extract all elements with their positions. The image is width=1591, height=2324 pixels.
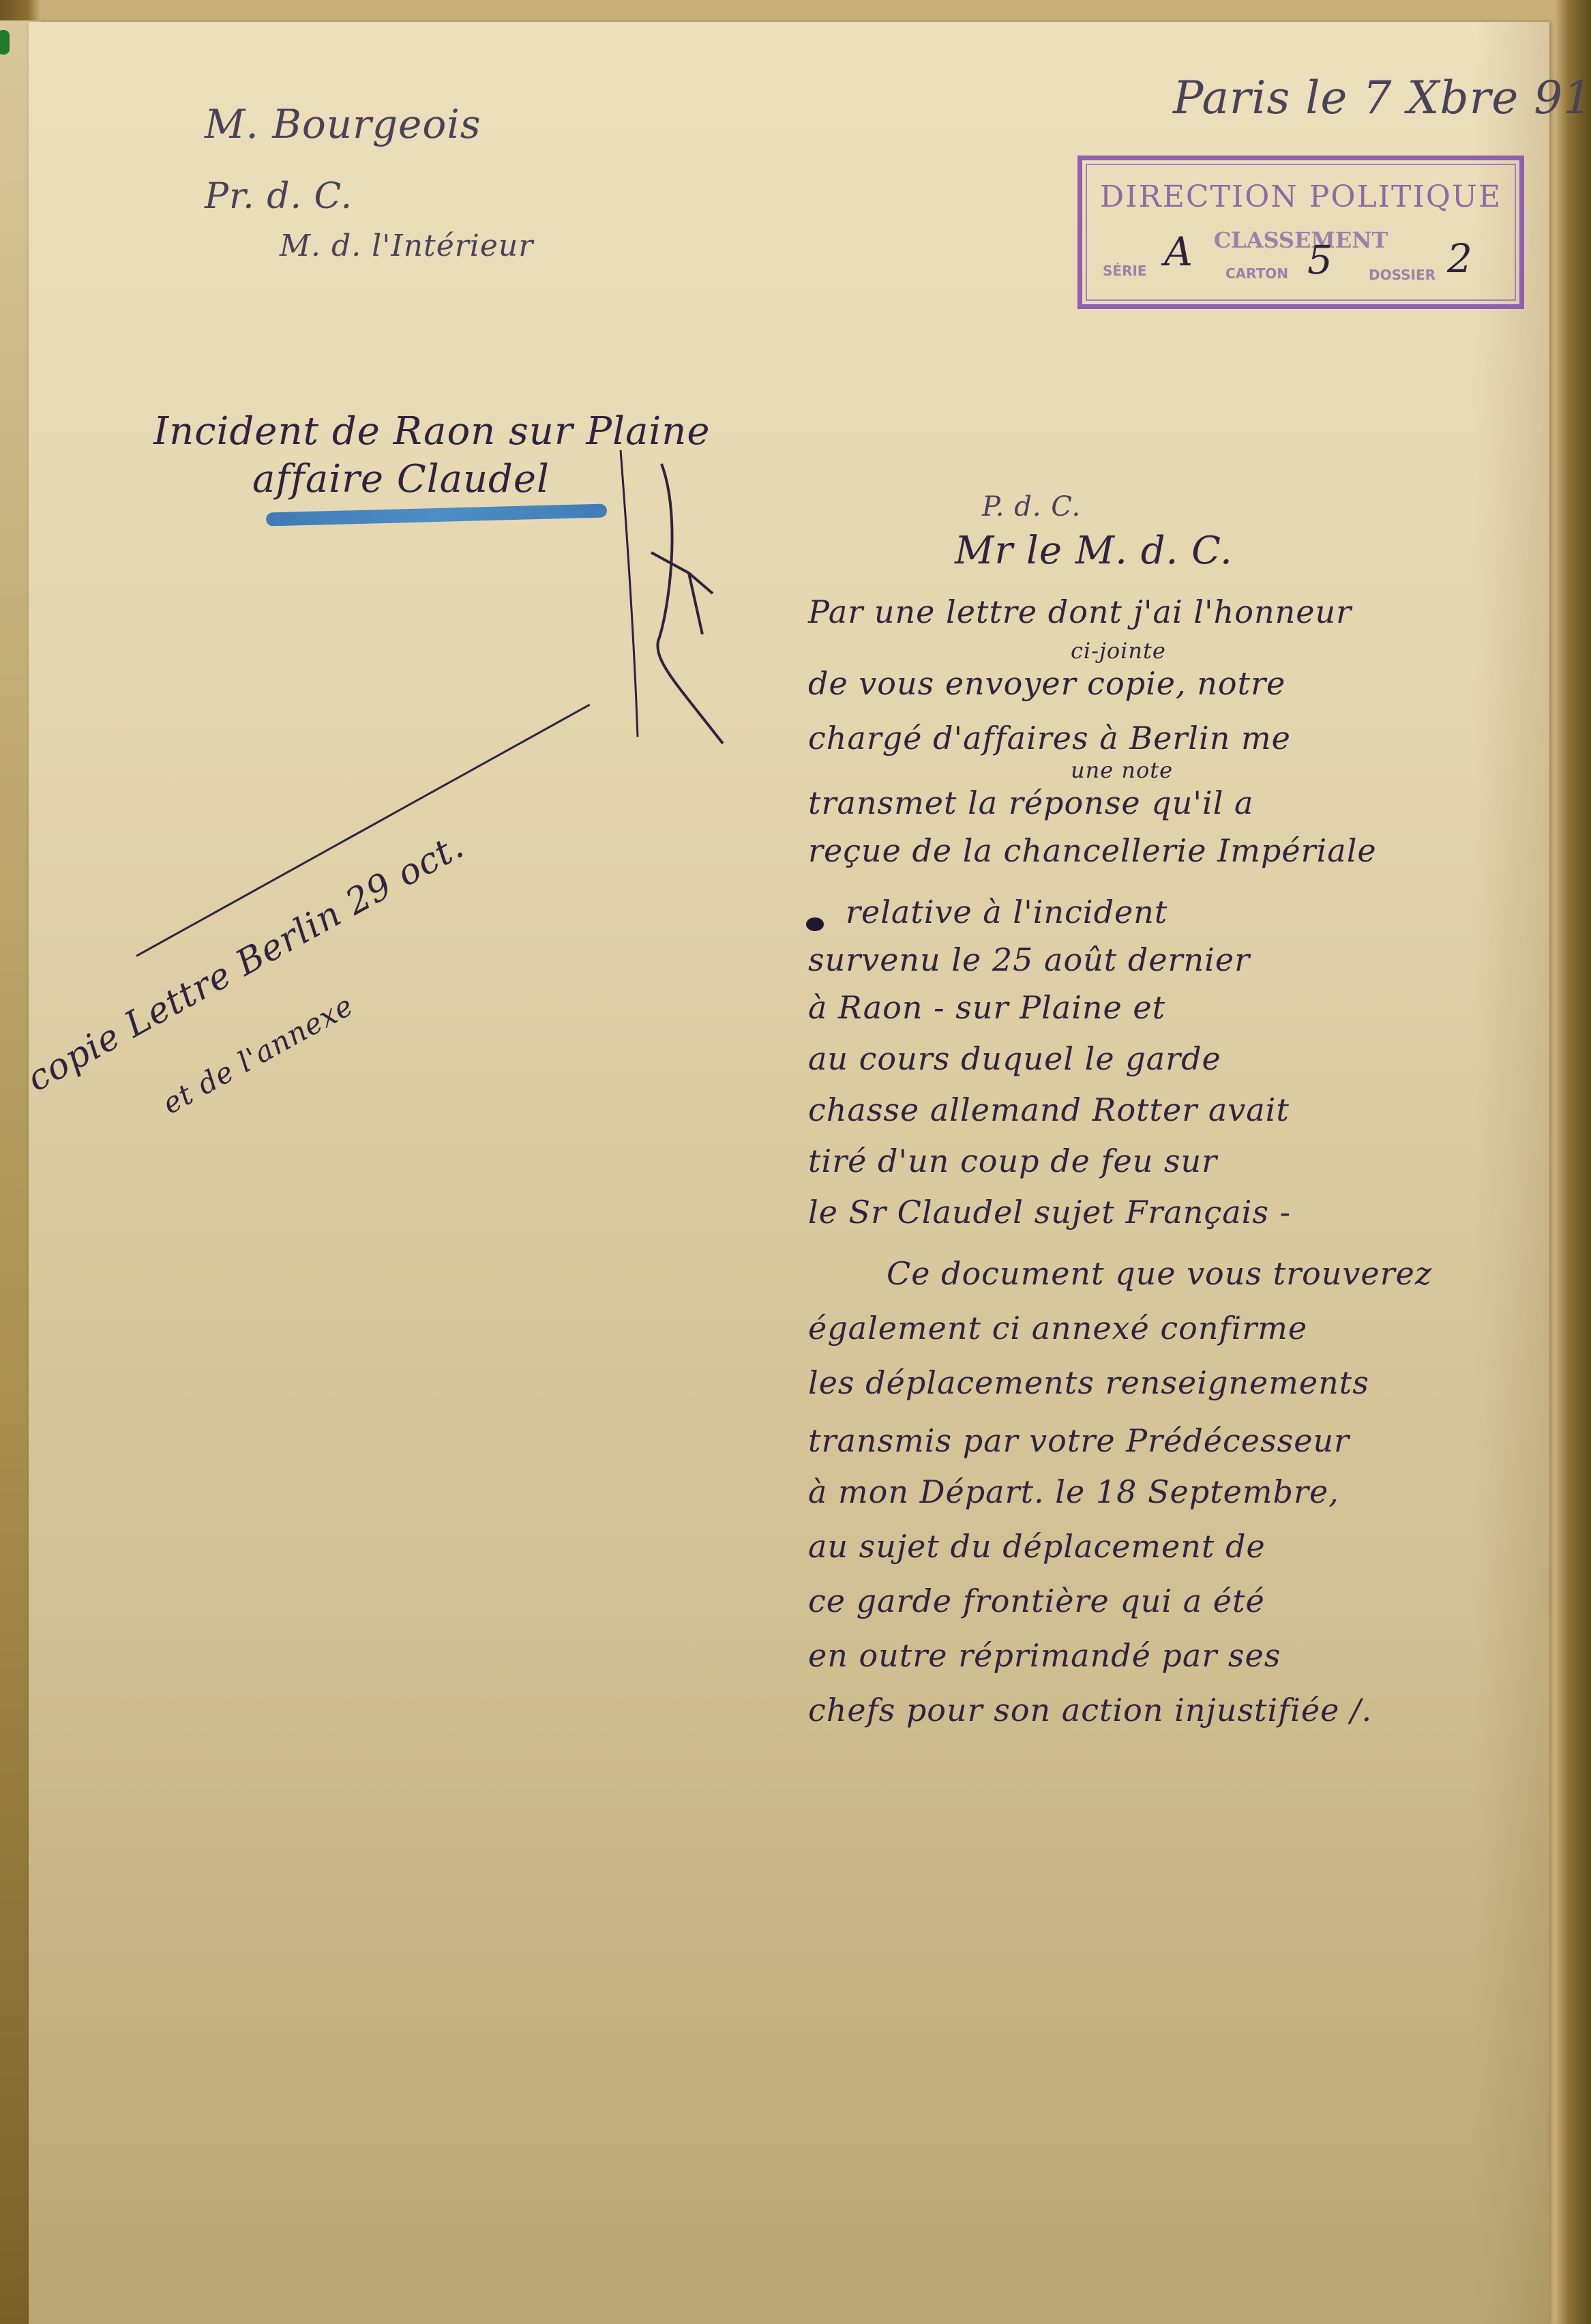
subject-line-2: affaire Claudel xyxy=(252,457,550,501)
letter-line: le Sr Claudel sujet Français - xyxy=(808,1194,1291,1231)
letter-line: chefs pour son action injustifiée /. xyxy=(808,1692,1372,1729)
letter-line: transmet la réponse qu'il a xyxy=(808,784,1253,821)
letter-line: les déplacements renseignements xyxy=(808,1364,1369,1401)
letter-line: également ci annexé confirme xyxy=(808,1310,1307,1347)
letter-line: chasse allemand Rotter avait xyxy=(808,1091,1290,1128)
letter-insertion: une note xyxy=(1071,757,1173,783)
recipient-office: Pr. d. C. xyxy=(205,176,353,217)
ink-blot xyxy=(806,917,824,931)
stamp-value-dossier: 2 xyxy=(1447,235,1472,282)
letter-line: à Raon - sur Plaine et xyxy=(808,989,1165,1026)
letter-line: au sujet du déplacement de xyxy=(808,1528,1266,1565)
letter-line: transmis par votre Prédécesseur xyxy=(808,1422,1350,1459)
green-pin-icon xyxy=(0,30,10,55)
stamp-value-serie: A xyxy=(1164,229,1193,275)
recipient-ministry: M. d. l'Intérieur xyxy=(280,229,533,263)
stamp-value-carton: 5 xyxy=(1307,237,1333,283)
stamp-title: DIRECTION POLITIQUE xyxy=(1082,179,1519,214)
letter-line: reçue de la chancellerie Impériale xyxy=(808,832,1377,869)
letter-line: Par une lettre dont j'ai l'honneur xyxy=(808,593,1352,630)
stamp-label-carton: CARTON xyxy=(1225,265,1288,282)
letter-line: en outre réprimandé par ses xyxy=(808,1637,1281,1674)
classification-stamp: DIRECTION POLITIQUE CLASSEMENT SÉRIE A C… xyxy=(1077,156,1524,309)
letter-line: relative à l'incident xyxy=(846,894,1168,930)
letter-salutation: Mr le M. d. C. xyxy=(955,529,1233,573)
document-page xyxy=(29,22,1549,2324)
letter-line: au cours duquel le garde xyxy=(808,1040,1221,1077)
letter-insertion: ci-jointe xyxy=(1071,638,1166,664)
letter-line: de vous envoyer copie, notre xyxy=(808,665,1285,702)
letter-line: ce garde frontière qui a été xyxy=(808,1583,1265,1619)
letter-line: chargé d'affaires à Berlin me xyxy=(808,720,1291,756)
signature-paraphe-icon xyxy=(600,437,737,750)
letter-line: tiré d'un coup de feu sur xyxy=(808,1143,1217,1179)
stamp-label-dossier: DOSSIER xyxy=(1369,267,1436,283)
letter-heading-small: P. d. C. xyxy=(982,491,1081,523)
letter-line: Ce document que vous trouverez xyxy=(887,1255,1432,1292)
stamp-label-serie: SÉRIE xyxy=(1103,263,1147,279)
recipient-name: M. Bourgeois xyxy=(205,101,481,147)
letter-line: survenu le 25 août dernier xyxy=(808,941,1250,978)
letter-line: à mon Départ. le 18 Septembre, xyxy=(808,1473,1339,1510)
date-line: Paris le 7 Xbre 91 xyxy=(1173,72,1591,124)
